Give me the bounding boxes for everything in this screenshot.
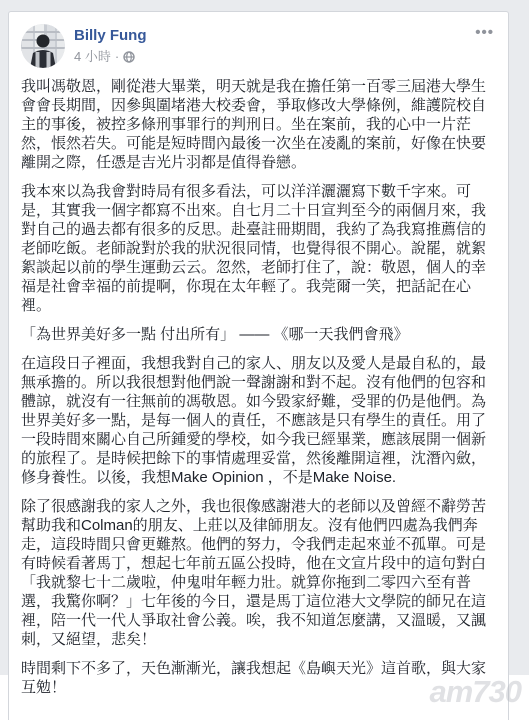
screenshot-viewport: Billy Fung 4 小時 · ••• 我叫馮敬恩，剛從港大畢業，明天就 — [0, 0, 529, 720]
post-header-text: Billy Fung 4 小時 · — [74, 24, 147, 64]
avatar-photo — [21, 24, 65, 68]
post-header: Billy Fung 4 小時 · ••• — [9, 12, 508, 68]
timestamp-link[interactable]: 4 小時 — [74, 49, 111, 64]
post-paragraph: 在這段日子裡面，我想我對自己的家人、朋友以及愛人是最自私的，最無承擔的。所以我很… — [21, 354, 498, 487]
post-paragraph: 時間剩下不多了，天色漸漸光，讓我想起《島嶼天光》這首歌，與大家互勉！ — [21, 659, 498, 697]
more-options-icon[interactable]: ••• — [475, 28, 494, 38]
post-paragraph: 除了很感謝我的家人之外，我也很像感謝港大的老師以及曾經不辭勞苦幫助我和Colma… — [21, 497, 498, 649]
globe-privacy-icon — [123, 51, 135, 63]
avatar[interactable] — [21, 24, 65, 68]
post-paragraph-quote: 「為世界美好多一點 付出所有」 —— 《哪一天我們會飛》 — [21, 325, 498, 344]
meta-separator: · — [115, 49, 119, 64]
post-body-text: 我叫馮敬恩，剛從港大畢業，明天就是我在擔任第一百零三屆港大學生會會長期間，因參與… — [9, 68, 508, 697]
post-paragraph: 我本來以為我會對時局有很多看法，可以洋洋灑灑寫下數千字來。可是，其實我一個字都寫… — [21, 182, 498, 315]
post-paragraph: 我叫馮敬恩，剛從港大畢業，明天就是我在擔任第一百零三屆港大學生會會長期間，因參與… — [21, 77, 498, 172]
facebook-post-card: Billy Fung 4 小時 · ••• 我叫馮敬恩，剛從港大畢業，明天就 — [8, 11, 509, 720]
author-name-link[interactable]: Billy Fung — [74, 27, 147, 45]
post-meta: 4 小時 · — [74, 49, 147, 64]
